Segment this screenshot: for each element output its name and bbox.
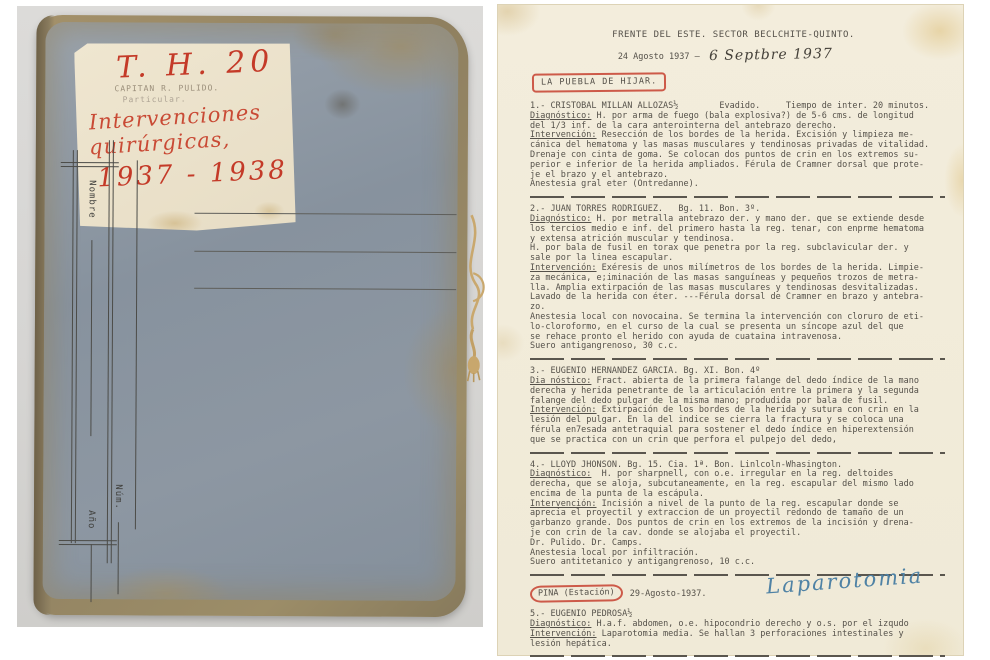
pina-section: PINA (Estación) 29-Agosto-1937. Laparoto… — [530, 583, 951, 604]
form-name-label: Nombre — [87, 180, 97, 219]
notebook: T. H. 20 CAPITAN R. PULIDO. Particular. … — [33, 15, 468, 617]
form-rule — [71, 150, 78, 543]
form-rule — [61, 162, 119, 167]
case-record: 3.- EUGENIO HERNANDEZ GARCIA. Bg. XI. Bo… — [530, 367, 951, 453]
label-code: T. H. 20 — [74, 44, 295, 88]
case-text-line: Anestesia gral eter (Ontredanne). — [530, 180, 951, 190]
case-text-line: que se practica con un crin que perfora … — [530, 436, 951, 446]
cover-label: T. H. 20 CAPITAN R. PULIDO. Particular. … — [74, 42, 296, 232]
form-year-label: Año — [86, 510, 96, 529]
date-handwritten: 6 Septbre 1937 — [709, 46, 833, 64]
pina-date: 29-Agosto-1937. — [630, 589, 707, 599]
case-record: 4.- LLOYD JHONSON. Bg. 15. Cia. 1ª. Bon.… — [530, 461, 951, 577]
typed-separator — [530, 196, 945, 198]
case-text-line: Lavado de la herida con éter. ---Férula … — [530, 293, 951, 303]
case-list-bottom: 5.- EUGENIO PEDROSA½Diagnóstico: H.a.f. … — [530, 610, 951, 657]
twine-string-icon — [453, 213, 496, 383]
form-fill-line — [90, 544, 91, 602]
typed-separator — [530, 358, 945, 360]
document-page: FRENTE DEL ESTE. SECTOR BECLCHITE-QUINTO… — [497, 4, 964, 656]
case-list-top: 1.- CRISTOBAL MILLAN ALLOZAS½ Evadido. T… — [530, 102, 951, 576]
notebook-cover: T. H. 20 CAPITAN R. PULIDO. Particular. … — [43, 22, 459, 601]
case-text-line: Suero antigangrenoso, 30 c.c. — [530, 342, 951, 352]
case-record: 2.- JUAN TORRES RODRIGUEZ. Bg. 11. Bon. … — [530, 205, 951, 360]
case-record: 5.- EUGENIO PEDROSA½Diagnóstico: H.a.f. … — [530, 610, 951, 657]
pina-stamp: PINA (Estación) — [530, 584, 623, 603]
document-header: FRENTE DEL ESTE. SECTOR BECLCHITE-QUINTO… — [530, 29, 937, 41]
typed-separator — [530, 452, 945, 454]
document-date: 24 Agosto 1937 — 6 Septbre 1937 — [530, 44, 921, 63]
form-num-label: Núm. — [113, 484, 123, 510]
case-record: 1.- CRISTOBAL MILLAN ALLOZAS½ Evadido. T… — [530, 102, 951, 198]
notebook-photo: T. H. 20 CAPITAN R. PULIDO. Particular. … — [17, 6, 483, 627]
case-text-line: lesión hepática. — [530, 640, 951, 650]
cover-ruled-line — [194, 251, 456, 253]
form-fill-line — [90, 240, 92, 436]
cover-ruled-line — [194, 288, 456, 290]
date-typed: 24 Agosto 1937 — — [618, 52, 700, 62]
form-rule — [59, 540, 117, 545]
typed-separator — [530, 655, 945, 657]
location-stamp: LA PUEBLA DE HIJAR. — [532, 72, 666, 92]
form-fill-line — [118, 522, 119, 594]
